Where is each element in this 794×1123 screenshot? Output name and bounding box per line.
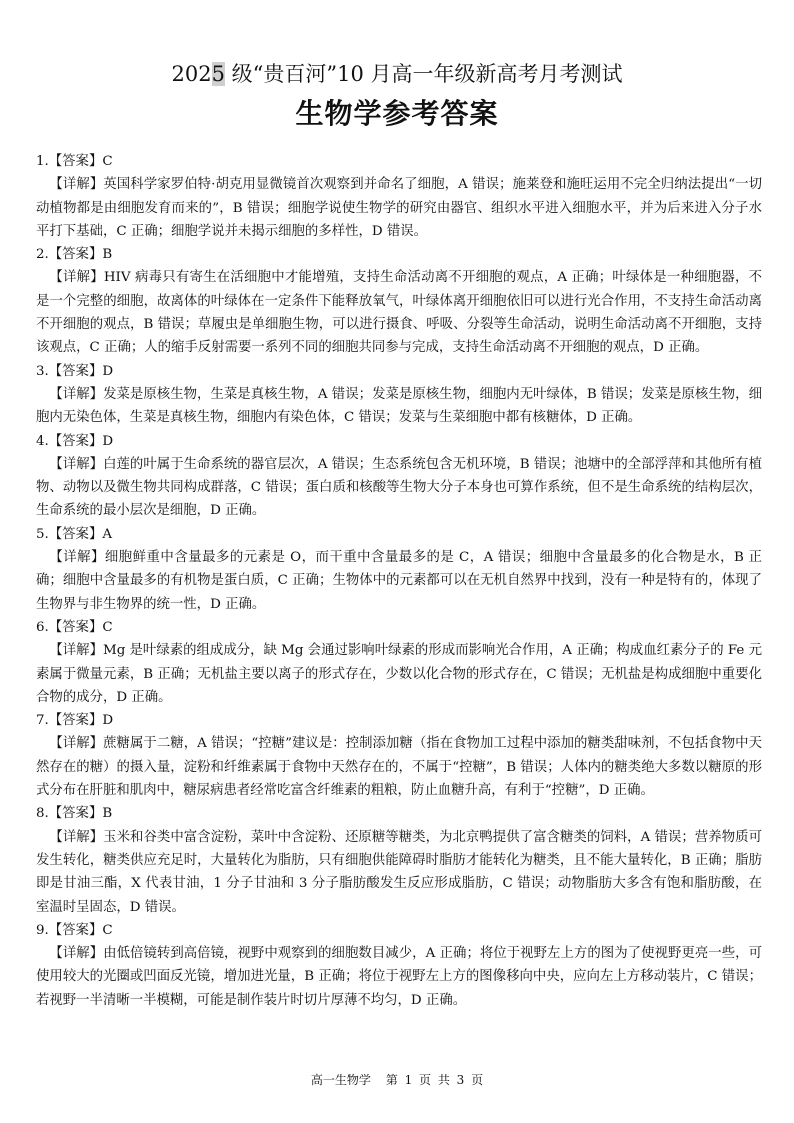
question-answer: 9.【答案】C xyxy=(36,919,762,942)
question-answer: 1.【答案】C xyxy=(36,150,762,173)
question-item: 9.【答案】C 【详解】由低倍镜转到高倍镜，视野中观察到的细胞数目减少，A 正确… xyxy=(36,919,762,1012)
answer-content: 1.【答案】C 【详解】英国科学家罗伯特·胡克用显微镜首次观察到并命名了细胞，A… xyxy=(36,150,762,1012)
question-item: 2.【答案】B 【详解】HIV 病毒只有寄生在活细胞中才能增殖，支持生命活动离不… xyxy=(36,243,762,359)
question-answer: 5.【答案】A xyxy=(36,523,762,546)
question-answer: 7.【答案】D xyxy=(36,709,762,732)
question-detail: 【详解】HIV 病毒只有寄生在活细胞中才能增殖，支持生命活动离不开细胞的观点，A… xyxy=(36,266,762,359)
question-item: 7.【答案】D 【详解】蔗糖属于二糖，A 错误；“控糖”建议是：控制添加糖（指在… xyxy=(36,709,762,802)
question-item: 1.【答案】C 【详解】英国科学家罗伯特·胡克用显微镜首次观察到并命名了细胞，A… xyxy=(36,150,762,243)
question-answer: 3.【答案】D xyxy=(36,360,762,383)
question-detail: 【详解】由低倍镜转到高倍镜，视野中观察到的细胞数目减少，A 正确；将位于视野左上… xyxy=(36,942,762,1012)
question-item: 5.【答案】A 【详解】细胞鲜重中含量最多的元素是 O，而干重中含量最多的是 C… xyxy=(36,523,762,616)
question-detail: 【详解】白莲的叶属于生命系统的器官层次，A 错误；生态系统包含无机环境，B 错误… xyxy=(36,453,762,523)
question-item: 4.【答案】D 【详解】白莲的叶属于生命系统的器官层次，A 错误；生态系统包含无… xyxy=(36,430,762,523)
question-answer: 4.【答案】D xyxy=(36,430,762,453)
question-answer: 6.【答案】C xyxy=(36,616,762,639)
title-prefix: 202 xyxy=(171,62,211,86)
question-item: 3.【答案】D 【详解】发菜是原核生物，生菜是真核生物，A 错误；发菜是原核生物… xyxy=(36,360,762,430)
question-detail: 【详解】玉米和谷类中富含淀粉，菜叶中含淀粉、还原糖等糖类，为北京鸭提供了富含糖类… xyxy=(36,826,762,919)
title-suffix: 级“贵百河”10 月高一年级新高考月考测试 xyxy=(225,62,623,86)
question-detail: 【详解】细胞鲜重中含量最多的元素是 O，而干重中含量最多的是 C，A 错误；细胞… xyxy=(36,546,762,616)
question-item: 8.【答案】B 【详解】玉米和谷类中富含淀粉，菜叶中含淀粉、还原糖等糖类，为北京… xyxy=(36,802,762,918)
footer-page-info: 第 1 页 共 3 页 xyxy=(386,1073,483,1087)
title-highlighted-char: 5 xyxy=(212,62,225,86)
question-detail: 【详解】Mg 是叶绿素的组成成分，缺 Mg 会通过影响叶绿素的形成而影响光合作用… xyxy=(36,639,762,709)
question-answer: 8.【答案】B xyxy=(36,802,762,825)
question-item: 6.【答案】C 【详解】Mg 是叶绿素的组成成分，缺 Mg 会通过影响叶绿素的形… xyxy=(36,616,762,709)
page-footer: 高一生物学 第 1 页 共 3 页 xyxy=(0,1071,794,1088)
footer-subject: 高一生物学 xyxy=(311,1073,371,1087)
question-detail: 【详解】发菜是原核生物，生菜是真核生物，A 错误；发菜是原核生物，细胞内无叶绿体… xyxy=(36,383,762,430)
document-subtitle: 生物学参考答案 xyxy=(0,92,794,132)
question-detail: 【详解】蔗糖属于二糖，A 错误；“控糖”建议是：控制添加糖（指在食物加工过程中添… xyxy=(36,732,762,802)
question-detail: 【详解】英国科学家罗伯特·胡克用显微镜首次观察到并命名了细胞，A 错误；施莱登和… xyxy=(36,173,762,243)
question-answer: 2.【答案】B xyxy=(36,243,762,266)
document-title: 2025 级“贵百河”10 月高一年级新高考月考测试 xyxy=(0,58,794,88)
